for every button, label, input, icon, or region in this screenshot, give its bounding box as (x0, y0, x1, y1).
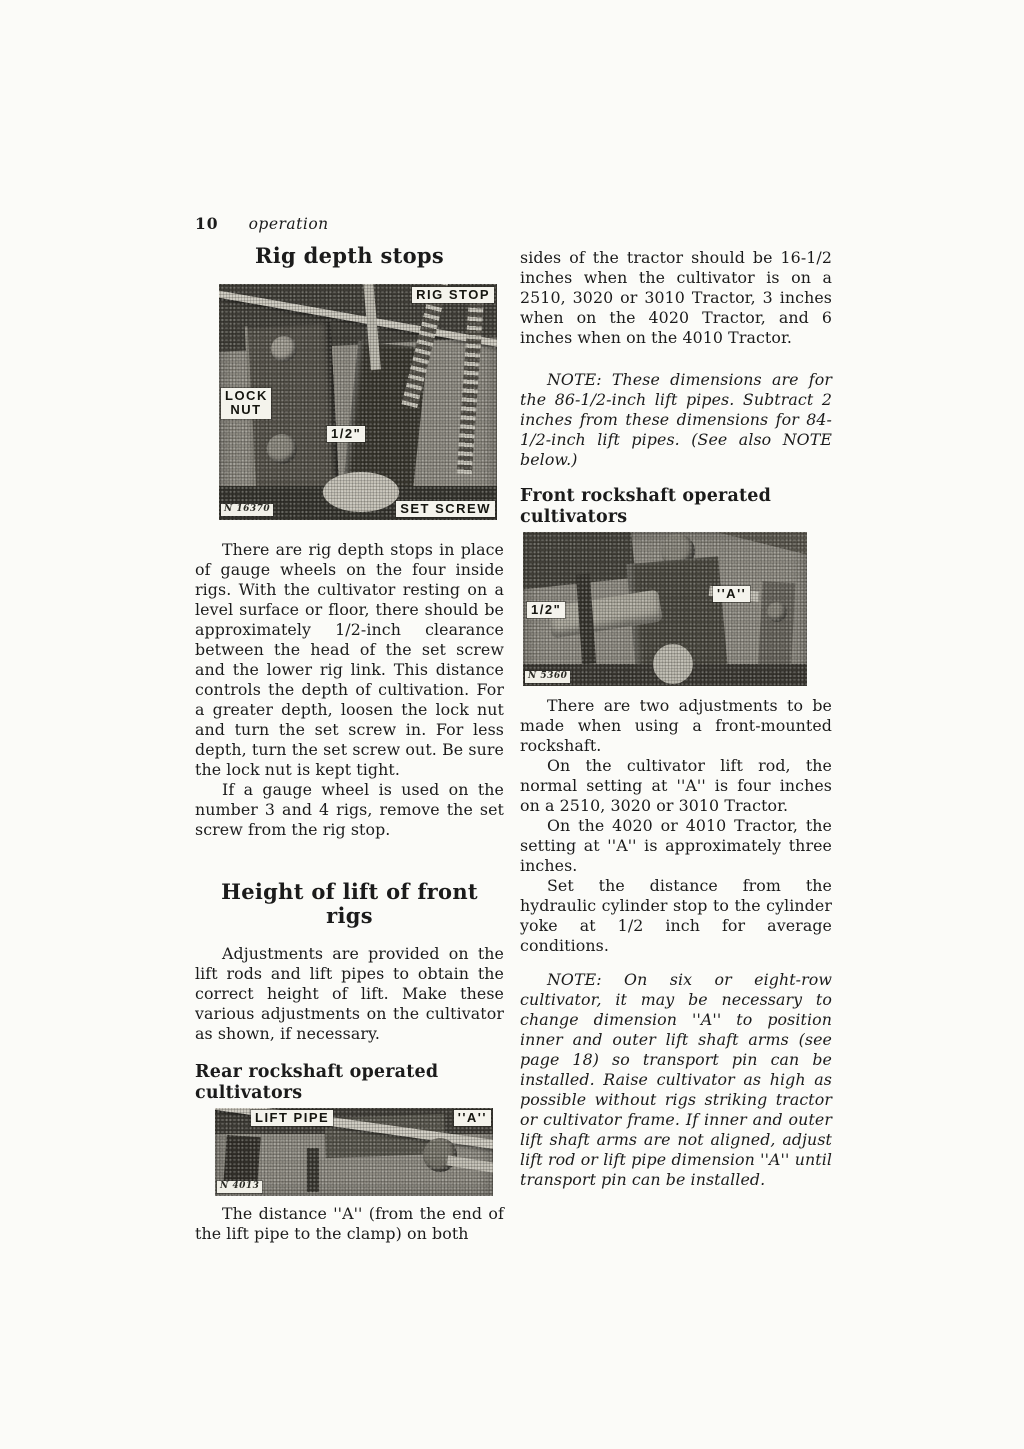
paragraph-gauge-wheel: If a gauge wheel is used on the number 3… (195, 780, 504, 840)
note-six-eight-row: NOTE: On six or eight-row cultivator, it… (520, 970, 832, 1190)
label-half-inch: 1/2" (327, 426, 365, 442)
paragraph-cylinder-stop: Set the distance from the hydraulic cyli… (520, 876, 832, 956)
right-column: sides of the tractor should be 16-1/2 in… (520, 248, 832, 1190)
label-dim-a: ''A'' (713, 586, 750, 602)
label-lock-nut: LOCK NUT (221, 388, 271, 419)
paragraph-distance-a: The distance ''A'' (from the end of the … (195, 1204, 504, 1244)
page-header: 10operation (195, 214, 329, 233)
paragraph-4020-setting: On the 4020 or 4010 Tractor, the setting… (520, 816, 832, 876)
left-column: Rig depth stops RIG STOP LOCK NUT 1/2" S… (195, 244, 504, 1244)
heading-rig-depth-stops: Rig depth stops (195, 244, 504, 268)
page-number: 10 (195, 214, 219, 233)
photo-code: N 5360 (525, 671, 570, 683)
heading-height-of-lift: Height of lift of front rigs (195, 880, 504, 928)
photo-halftone-texture (523, 532, 807, 686)
photo-code: N 4013 (217, 1181, 262, 1193)
running-title: operation (249, 215, 329, 233)
paragraph-lift-rod-setting: On the cultivator lift rod, the normal s… (520, 756, 832, 816)
note-dimensions: NOTE: These dimensions are for the 86-1/… (520, 370, 832, 470)
label-set-screw: SET SCREW (396, 501, 495, 517)
photo-lift-pipe: LIFT PIPE ''A'' N 4013 (215, 1108, 493, 1196)
label-dim-a: ''A'' (454, 1110, 491, 1126)
label-half-inch: 1/2" (527, 602, 565, 618)
subheading-front-rockshaft: Front rockshaft operated cultivators (520, 486, 832, 528)
paragraph-two-adjustments: There are two adjustments to be made whe… (520, 696, 832, 756)
manual-page: 10operation Rig depth stops RIG STOP LOC… (0, 0, 1024, 1449)
photo-code: N 16370 (221, 504, 273, 516)
paragraph-rig-stops: There are rig depth stops in place of ga… (195, 540, 504, 780)
label-rig-stop: RIG STOP (412, 287, 494, 303)
paragraph-sides-continued: sides of the tractor should be 16-1/2 in… (520, 248, 832, 348)
paragraph-height-intro: Adjustments are provided on the lift rod… (195, 944, 504, 1044)
photo-front-rockshaft: 1/2" ''A'' N 5360 (523, 532, 807, 686)
label-lift-pipe: LIFT PIPE (251, 1110, 333, 1126)
photo-rig-depth-stops: RIG STOP LOCK NUT 1/2" SET SCREW N 16370 (219, 284, 497, 520)
subheading-rear-rockshaft: Rear rockshaft operated cultivators (195, 1062, 504, 1104)
